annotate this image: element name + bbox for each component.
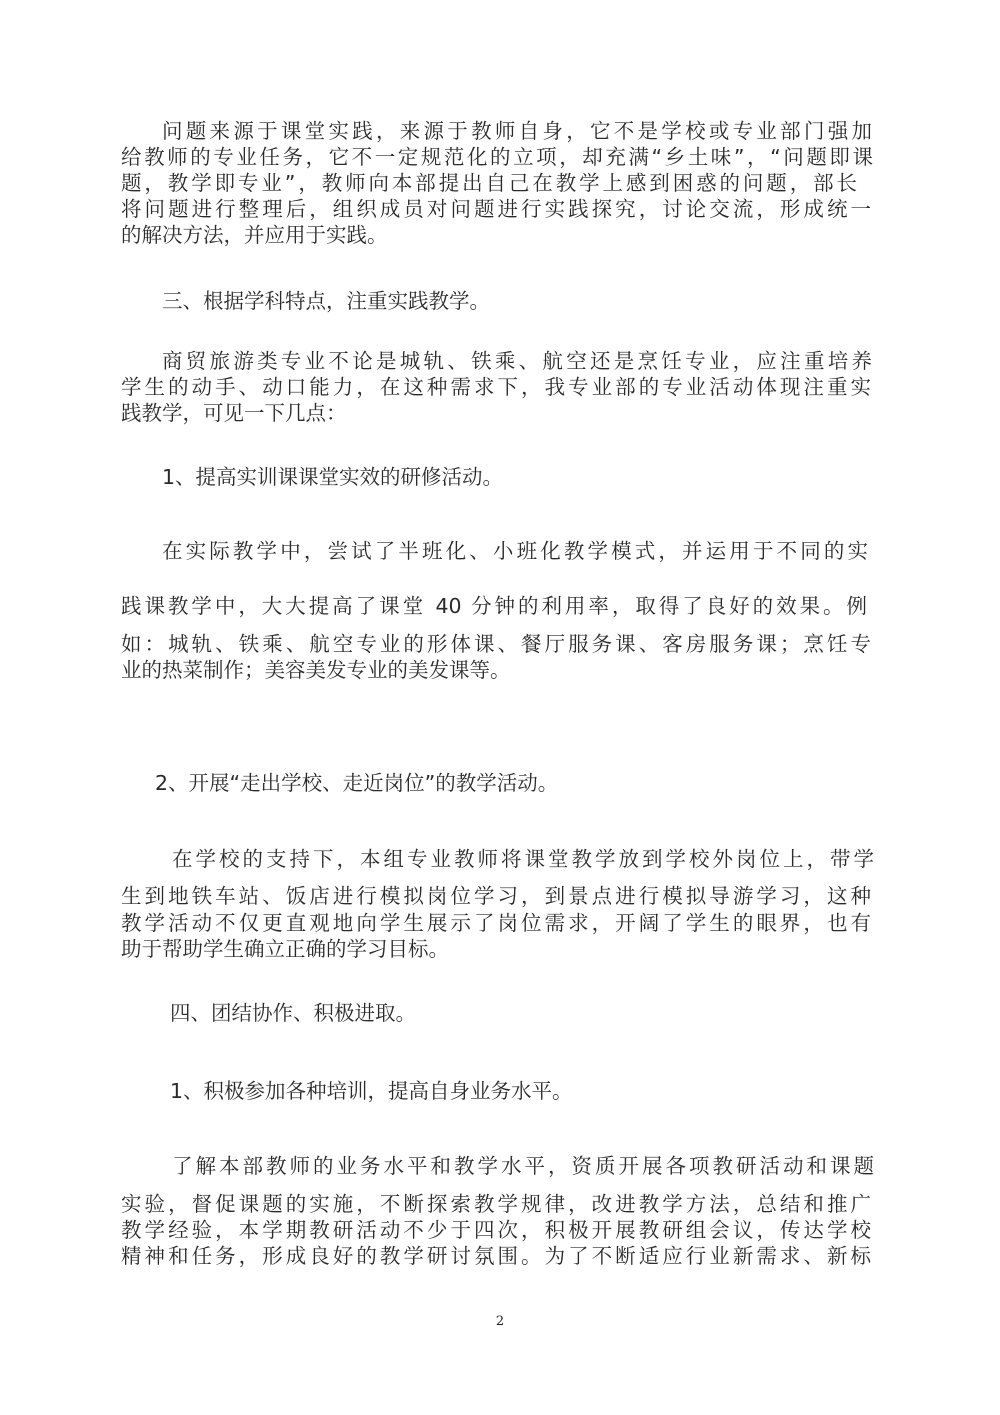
- text-line: 如：城轨、铁乘、航空专业的形体课、餐厅服务课、客房服务课；烹饪专: [121, 631, 871, 657]
- text-line: 商贸旅游类专业不论是城轨、铁乘、航空还是烹饪专业，应注重培养: [162, 348, 872, 374]
- text-line: 业的热菜制作；美容美发专业的美发课等。: [121, 657, 511, 683]
- text-line: 将问题进行整理后，组织成员对问题进行实践探究，讨论交流，形成统一: [121, 196, 871, 222]
- text-line: 助于帮助学生确立正确的学习目标。: [121, 936, 449, 962]
- section-heading-three: 三、根据学科特点，注重实践教学。: [162, 288, 490, 314]
- subheading-training-effectiveness: 1、提高实训课课堂实效的研修活动。: [162, 464, 503, 490]
- text-line: 教学活动不仅更直观地向学生展示了岗位需求，开阔了学生的眼界，也有: [121, 910, 871, 936]
- text-line: 在实际教学中，尝试了半班化、小班化教学模式，并运用于不同的实: [162, 538, 868, 564]
- text-line: 实验，督促课题的实施，不断探索教学规律，改进教学方法，总结和推广: [121, 1191, 871, 1217]
- text-line: 给教师的专业任务，它不一定规范化的立项，却充满“乡土味”，“问题即课: [121, 144, 873, 170]
- text-line: 践教学，可见一下几点：: [121, 400, 347, 426]
- text-line: 的解决方法，并应用于实践。: [121, 222, 388, 248]
- subheading-training: 1、积极参加各种培训，提高自身业务水平。: [170, 1078, 573, 1104]
- text-line: 生到地铁车站、饭店进行模拟岗位学习，到景点进行模拟导游学习，这种: [121, 883, 871, 909]
- document-page: 问题来源于课堂实践，来源于教师自身，它不是学校或专业部门强加 给教师的专业任务，…: [0, 0, 1000, 1415]
- text-line: 问题来源于课堂实践，来源于教师自身，它不是学校或专业部门强加: [162, 118, 872, 144]
- text-line: 了解本部教师的业务水平和教学水平，资质开展各项教研活动和课题: [172, 1153, 874, 1179]
- text-line: 践课教学中，大大提高了课堂 40 分钟的利用率，取得了良好的效果。例: [121, 593, 867, 619]
- text-line: 精神和任务，形成良好的教学研讨氛围。为了不断适应行业新需求、新标: [121, 1243, 871, 1269]
- text-line: 题，教学即专业”，教师向本部提出自己在教学上感到困惑的问题，部长: [121, 170, 857, 196]
- text-line: 在学校的支持下，本组专业教师将课堂教学放到学校外岗位上，带学: [172, 846, 874, 872]
- subheading-out-of-school-activity: 2、开展“走出学校、走近岗位”的教学活动。: [155, 770, 558, 796]
- section-heading-four: 四、团结协作、积极进取。: [170, 1000, 416, 1026]
- text-line: 教学经验，本学期教研活动不少于四次，积极开展教研组会议，传达学校: [121, 1217, 871, 1243]
- page-number: 2: [0, 1314, 1000, 1329]
- text-line: 学生的动手、动口能力，在这种需求下，我专业部的专业活动体现注重实: [121, 374, 871, 400]
